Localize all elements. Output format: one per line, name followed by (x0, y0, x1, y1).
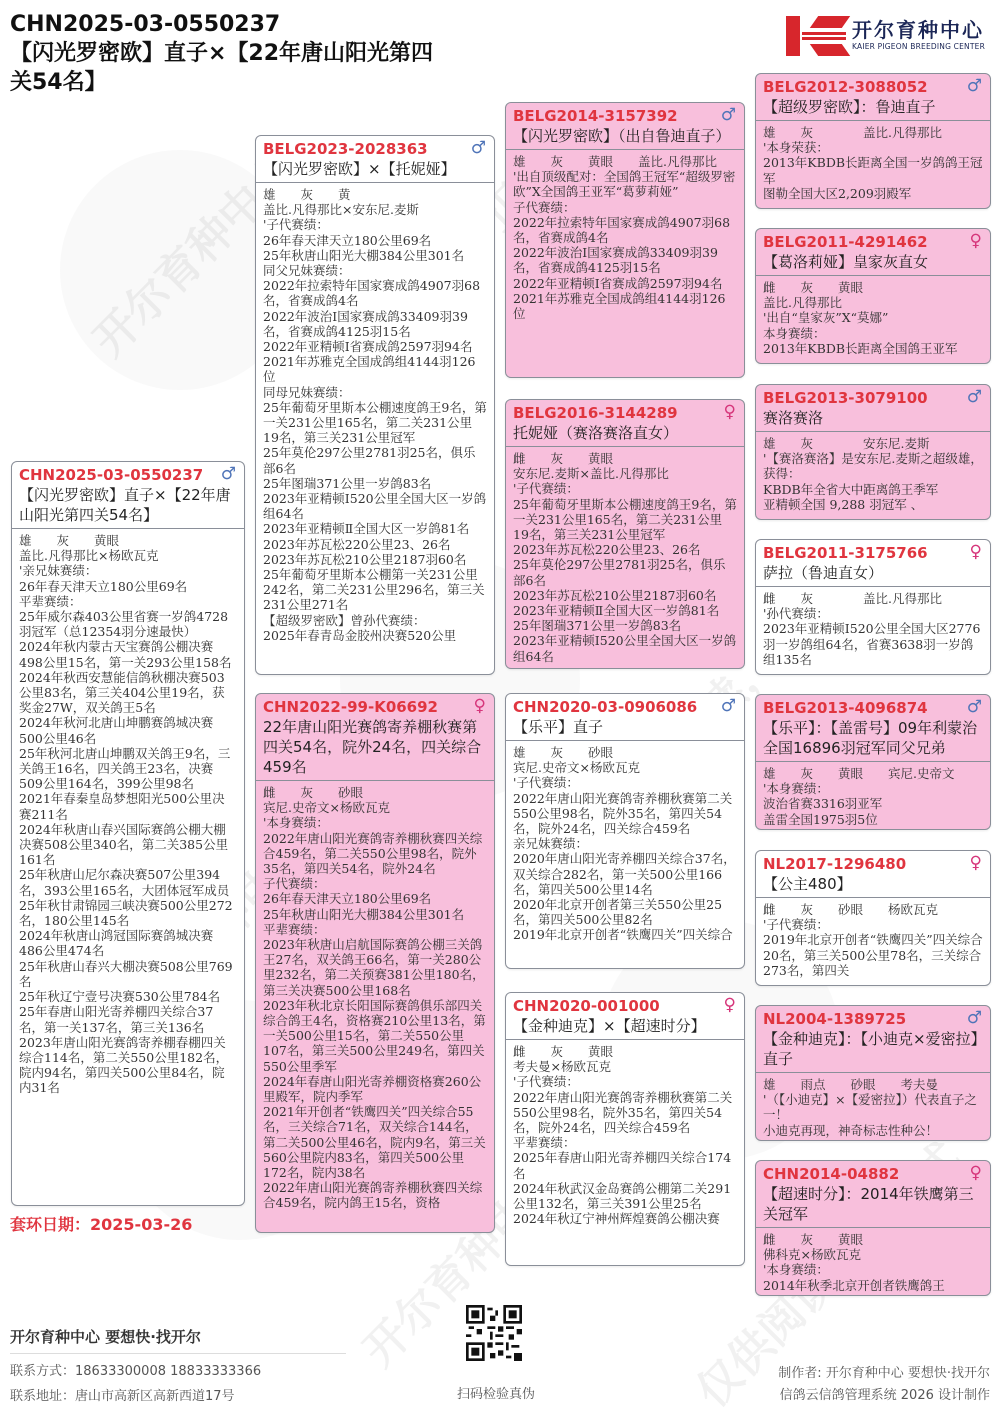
pedigree-card-subject[interactable]: CHN2025-03-0550237 ♂ 【闪光罗密欧】直子×【22年唐山阳光第… (11, 461, 245, 1206)
ring-number: BELG2013-3079100 (763, 388, 983, 408)
card-details: 雄 灰 黄眼 盖比.凡得那比 '出自顶级配对：全国鸽王冠军“超级罗密欧”X全国鸽… (506, 150, 744, 325)
detail-line: 2023年亚精顿Ⅰ520公里全国大区一岁鸽组64名 (513, 633, 737, 663)
ring-number: BELG2016-3144289 (513, 403, 737, 423)
ring-number: CHN2020-001000 (513, 996, 737, 1016)
detail-line: '本身赛绩： (263, 815, 487, 830)
detail-line: 2023年苏瓦松220公里23、26名 (513, 542, 737, 557)
pigeon-name: 【公主480】 (763, 874, 983, 894)
detail-line: 同父兄妹赛绩： (263, 263, 487, 278)
pedigree-card-sds[interactable]: BELG2013-3079100 ♂ 赛洛赛洛 雄 灰 安东尼.麦斯 '【赛洛赛… (755, 384, 991, 520)
card-details: 雌 灰 黄眼 考夫曼×杨欧瓦克 '子代赛绩： 2022年唐山阳光赛鸽寄养棚秋赛第… (506, 1040, 744, 1230)
pigeon-name: 【葛洛莉娅】皇家灰直女 (763, 252, 983, 272)
detail-line: 2022年波治I国家赛成鸽33409羽39名，省赛成鸽4125羽15名 (263, 309, 487, 339)
detail-line: 2024年秋河北唐山坤鹏赛鸽城决赛500公里46名 (19, 715, 237, 745)
detail-line: 2022年拉索特年国家赛成鸽4907羽68名，省赛成鸽4名 (513, 215, 737, 245)
detail-line: 2022年唐山阳光赛鸽寄养棚秋赛四关综合459名，第二关550公里98名，院外3… (263, 831, 487, 877)
detail-line: 2022年唐山阳光赛鸽寄养棚秋赛第二关550公里98名，院外35名，第四关54名… (513, 1090, 737, 1136)
footer-slogan: 开尔育种中心 要想快·找开尔 (10, 1326, 346, 1354)
detail-line: 亚精顿全国 9,288 羽冠军 、 (763, 497, 983, 512)
detail-line: 2024年秋武汉金岛赛鸽公棚第二关291公里132名，第三关391公里25名 (513, 1181, 737, 1211)
female-icon: ♀ (970, 1163, 982, 1183)
detail-line: 2021年开创者“铁鹰四关”四关综合55名，三关综合71名，双关综合144名，第… (263, 1104, 487, 1180)
pedigree-card-ddd[interactable]: CHN2014-04882 ♀ 【超速时分】：2014年铁鹰第三关冠军 雌 灰 … (755, 1160, 991, 1296)
detail-line: '本身荣获： (763, 140, 983, 155)
detail-line: 2024年秋辽宁神州辉煌赛鸽公棚决赛 (513, 1211, 737, 1226)
detail-line: '（【小迪克】×【爱密拉】）代表直子之一！ (763, 1092, 983, 1122)
pedigree-card-sss[interactable]: BELG2012-3088052 ♂ 【超级罗密欧】：鲁迪直子 雄 灰 盖比.凡… (755, 73, 991, 209)
detail-line: 2023年亚精顿Ⅰ520公里全国大区一岁鸽组64名 (263, 491, 487, 521)
pedigree-card-sire-sire[interactable]: BELG2014-3157392 ♂ 【闪光罗密欧】（出自鲁迪直子） 雄 灰 黄… (505, 102, 745, 378)
card-details: 雌 灰 砂眼 宾尼.史帝文×杨欧瓦克 '本身赛绩： 2022年唐山阳光赛鸽寄养棚… (256, 781, 494, 1215)
detail-line: 25年秋唐山阳光大棚384公里301名 (263, 907, 487, 922)
detail-line: '子代赛绩： (763, 917, 983, 932)
detail-line: 26年春天津天立180公里69名 (263, 891, 487, 906)
pedigree-card-sire[interactable]: BELG2023-2028363 ♂ 【闪光罗密欧】×【托妮娅】 雄 灰 黄 盖… (255, 135, 495, 675)
detail-line: 25年秋辽宁壹号决赛530公里784名 (19, 989, 237, 1004)
detail-line: 盖比.凡得那比×安东尼.麦斯 (263, 202, 487, 217)
detail-line: '本身赛绩： (763, 781, 983, 796)
pigeon-name: 托妮娅（赛洛赛洛直女） (513, 423, 737, 443)
traits: 雌 灰 黄眼 (513, 451, 737, 466)
detail-line: 25年图瑞371公里一岁鸽83名 (513, 618, 737, 633)
detail-line: 2023年亚精顿Ⅱ全国大区一岁鸽81名 (263, 521, 487, 536)
detail-line: 2024年春唐山阳光寄养棚资格赛260公里殿军，院内季军 (263, 1074, 487, 1104)
ring-number: BELG2013-4096874 (763, 698, 983, 718)
detail-line: 25年葡萄牙里斯本公棚第一关231公里242名，第二关231公里296名，第三关… (263, 567, 487, 613)
detail-line: 25年葡萄牙里斯本公棚速度鸽王9名，第一关231公里165名，第二关231公里1… (263, 400, 487, 446)
detail-line: 2014年秋季北京开创者铁鹰鸽王 (763, 1278, 983, 1293)
detail-line: 2023年苏瓦松220公里23、26名 (263, 537, 487, 552)
contact-phone: 联系方式：18633300008 18833333366 (10, 1360, 350, 1379)
ring-number: CHN2025-03-0550237 (19, 465, 237, 485)
detail-line: 25年春唐山阳光寄养棚四关综合37名，第一关137名，第三关136名 (19, 1004, 237, 1034)
traits: 雌 灰 黄眼 (513, 1044, 737, 1059)
detail-line: 2021年苏雅克全国成鸽组4144羽126位 (513, 291, 737, 321)
detail-line: 2019年北京开创者“铁鹰四关”四关综合20名，第三关500公里78名，三关综合… (763, 932, 983, 978)
ring-date-value: 2025-03-26 (90, 1215, 192, 1234)
ring-number: NL2004-1389725 (763, 1009, 983, 1029)
detail-line: 2023年苏瓦松210公里2187羽60名 (263, 552, 487, 567)
detail-line: '亲兄妹赛绩： (19, 563, 237, 578)
detail-line: 2023年秋北京长阳国际赛鸽俱乐部四关综合鸽王4名，资格赛210公里13名，第一… (263, 998, 487, 1074)
card-details: 雄 灰 黄眼 宾尼.史帝文 '本身赛绩： 波治省赛3316羽亚军 盖雷全国197… (756, 762, 990, 830)
detail-line: 2025年春唐山阳光寄养棚四关综合174名 (513, 1150, 737, 1180)
detail-line: 2023年苏瓦松210公里2187羽60名 (513, 588, 737, 603)
pedigree-card-dam[interactable]: CHN2022-99-K06692 ♀ 22年唐山阳光赛鸽寄养棚秋赛第四关54名… (255, 693, 495, 1233)
detail-line: 2024年秋唐山春兴国际赛鸽公棚大棚决赛508公里340名，第二关385公里16… (19, 822, 237, 868)
detail-line: 2022年唐山阳光赛鸽寄养棚秋赛四关综合459名，院内鸽王15名，资格 (263, 1180, 487, 1210)
detail-line: 2022年亚精顿I省赛成鸽2597羽94名 (263, 339, 487, 354)
detail-line: 亲兄妹赛绩： (513, 836, 737, 851)
detail-line: 小迪克再现，神奇标志性种公！ (763, 1123, 983, 1138)
traits: 雌 灰 砂眼 (263, 785, 487, 800)
maker-credit: 制作者: 开尔育种中心 要想快·找开尔 (778, 1363, 990, 1385)
detail-line: 子代赛绩： (263, 876, 487, 891)
detail-line: 宾尼.史帝文×杨欧瓦克 (263, 800, 487, 815)
male-icon: ♂ (471, 138, 486, 158)
detail-line: 2022年波治I国家赛成鸽33409羽39名，省赛成鸽4125羽15名 (513, 245, 737, 275)
ring-number: CHN2022-99-K06692 (263, 697, 487, 717)
male-icon: ♂ (967, 1008, 982, 1028)
pedigree-card-dam-sire[interactable]: CHN2020-03-0906086 ♂ 【乐平】直子 雄 灰 砂眼 宾尼.史帝… (505, 693, 745, 969)
detail-line: KBDB年全省大中距离鸽王季军 (763, 482, 983, 497)
brand-name-en: KAIER PIGEON BREEDING CENTER (852, 41, 985, 53)
female-icon: ♀ (724, 995, 736, 1015)
card-details: 雌 灰 黄眼 盖比.凡得那比 '出自“皇家灰”X“莫娜” 本身赛绩： 2013年… (756, 276, 990, 360)
detail-line: 本身赛绩： (763, 326, 983, 341)
pigeon-name: 【超速时分】：2014年铁鹰第三关冠军 (763, 1184, 983, 1224)
ring-number: BELG2023-2028363 (263, 139, 487, 159)
ring-number: BELG2011-3175766 (763, 543, 983, 563)
kaier-logo-icon (786, 16, 846, 56)
detail-line: 佛科克×杨欧瓦克 (763, 1247, 983, 1262)
pigeon-name: 【闪光罗密欧】直子×【22年唐山阳光第四关54名】 (19, 485, 237, 525)
card-details: 雄 雨点 砂眼 考夫曼 '（【小迪克】×【爱密拉】）代表直子之一！ 小迪克再现，… (756, 1073, 990, 1141)
ring-number: CHN2020-03-0906086 (513, 697, 737, 717)
detail-line: 图勒全国大区2,209羽殿军 (763, 186, 983, 201)
card-details: 雄 灰 黄 盖比.凡得那比×安东尼.麦斯 '子代赛绩： 26年春天津天立180公… (256, 183, 494, 647)
detail-line: 2022年唐山阳光赛鸽寄养棚秋赛第二关550公里98名，院外35名，第四关54名… (513, 791, 737, 837)
detail-line: 同母兄妹赛绩： (263, 385, 487, 400)
pigeon-name: 【闪光罗密欧】（出自鲁迪直子） (513, 126, 737, 146)
ring-number: CHN2014-04882 (763, 1164, 983, 1184)
card-details: 雌 灰 黄眼 佛科克×杨欧瓦克 '本身赛绩： 2014年秋季北京开创者铁鹰鸽王 (756, 1228, 990, 1296)
detail-line: '子代赛绩： (513, 481, 737, 496)
ring-date: 套环日期：2025-03-26 (10, 1212, 192, 1235)
traits: 雄 灰 黄 (263, 187, 487, 202)
address-value: 唐山市高新区高新西道17号 (75, 1389, 235, 1404)
detail-line: 盖比.凡得那比×杨欧瓦克 (19, 548, 237, 563)
brand-name-cn: 开尔育种中心 (852, 19, 985, 41)
pedigree-card-sire-dam[interactable]: BELG2016-3144289 ♀ 托妮娅（赛洛赛洛直女） 雌 灰 黄眼 安东… (505, 399, 745, 669)
female-icon: ♀ (474, 696, 486, 716)
detail-line: 2024年秋西安慧能信鸽秋棚决赛503公里83名，第三关404公里19名，获奖金… (19, 670, 237, 716)
detail-line: 25年莫伦297公里2781羽25名，俱乐部6名 (513, 557, 737, 587)
detail-line: 2021年春秦皇岛梦想阳光500公里决赛211名 (19, 791, 237, 821)
detail-line: 25年秋甘肃锦园三峡决赛500公里272名，180公里145名 (19, 898, 237, 928)
detail-line: 26年春天津天立180公里69名 (19, 579, 237, 594)
detail-line: 2023年唐山阳光赛鸽寄养棚春棚四关综合114名，第二关550公里182名，院内… (19, 1035, 237, 1096)
detail-line: 25年威尔森403公里省赛一岁鸽4728羽冠军（总12354羽分速最快） (19, 609, 237, 639)
brand-logo: 开尔育种中心 KAIER PIGEON BREEDING CENTER (786, 14, 991, 58)
detail-line: 2023年亚精顿Ⅰ520公里全国大区2776羽一岁鸽组64名，省赛3638羽一岁… (763, 621, 983, 667)
detail-line: 2013年KBDB长距离全国一岁鸽鸽王冠军 (763, 155, 983, 185)
title-line: 【闪光罗密欧】直子×【22年唐山阳光第四 (10, 39, 500, 68)
detail-line: 2025年春青岛金胶州决赛520公里 (263, 628, 487, 643)
detail-line: 2013年KBDB长距离全国鸽王亚军 (763, 341, 983, 356)
detail-line: 25年秋唐山尼尔森决赛507公里394名，393公里165名，大团体冠军成员 (19, 867, 237, 897)
contact-value: 18633300008 18833333366 (75, 1364, 261, 1379)
document-title: CHN2025-03-0550237 【闪光罗密欧】直子×【22年唐山阳光第四 … (10, 10, 500, 97)
ring-number: BELG2011-4291462 (763, 232, 983, 252)
detail-line: 25年秋唐山春兴大棚决赛508公里769名 (19, 959, 237, 989)
address-label: 联系地址： (10, 1389, 75, 1404)
traits: 雌 灰 黄眼 (763, 280, 983, 295)
detail-line: 2022年拉索特年国家赛成鸽4907羽68名，省赛成鸽4名 (263, 278, 487, 308)
detail-line: 子代赛绩： (513, 200, 737, 215)
traits: 雄 灰 盖比.凡得那比 (763, 125, 983, 140)
detail-line: 2020年北京开创者第三关550公里25名，第四关500公里82名 (513, 897, 737, 927)
traits: 雄 灰 黄眼 (19, 533, 237, 548)
card-details: 雌 灰 砂眼 杨欧瓦克 '子代赛绩： 2019年北京开创者“铁鹰四关”四关综合2… (756, 898, 990, 982)
male-icon: ♂ (721, 105, 736, 125)
card-details: 雄 灰 砂眼 宾尼.史帝文×杨欧瓦克 '子代赛绩： 2022年唐山阳光赛鸽寄养棚… (506, 741, 744, 947)
pedigree-card-ssd[interactable]: BELG2011-4291462 ♀ 【葛洛莉娅】皇家灰直女 雌 灰 黄眼 盖比… (755, 228, 991, 364)
traits: 雄 灰 砂眼 (513, 745, 737, 760)
male-icon: ♂ (967, 76, 982, 96)
contact-label: 联系方式： (10, 1364, 75, 1379)
qr-code-icon[interactable] (466, 1305, 522, 1361)
detail-line: 26年春天津天立180公里69名 (263, 233, 487, 248)
detail-line: '【赛洛赛洛】是安东尼.麦斯之超级雄，获得： (763, 451, 983, 481)
pigeon-name: 22年唐山阳光赛鸽寄养棚秋赛第四关54名，院外24名，四关综合459名 (263, 717, 487, 777)
detail-line: 2023年亚精顿Ⅱ全国大区一岁鸽81名 (513, 603, 737, 618)
detail-line: '出自顶级配对：全国鸽王冠军“超级罗密欧”X全国鸽王亚军“葛萝莉娅” (513, 169, 737, 199)
male-icon: ♂ (221, 464, 236, 484)
detail-line: 平辈赛绩： (513, 1135, 737, 1150)
title-line: CHN2025-03-0550237 (10, 10, 500, 39)
detail-line: 【超级罗密欧】曾孙代赛绩： (263, 613, 487, 628)
detail-line: 宾尼.史帝文×杨欧瓦克 (513, 760, 737, 775)
detail-line: 25年葡萄牙里斯本公棚速度鸽王9名，第一关231公里165名，第二关231公里1… (513, 497, 737, 543)
pigeon-name: 【超级罗密欧】：鲁迪直子 (763, 97, 983, 117)
male-icon: ♂ (967, 387, 982, 407)
contact-address: 联系地址：唐山市高新区高新西道17号 (10, 1385, 350, 1404)
detail-line: 盖比.凡得那比 (763, 295, 983, 310)
female-icon: ♀ (970, 542, 982, 562)
detail-line: '本身赛绩： (763, 1262, 983, 1277)
traits: 雄 雨点 砂眼 考夫曼 (763, 1077, 983, 1092)
pigeon-name: 【乐平】直子 (513, 717, 737, 737)
card-details: 雌 灰 盖比.凡得那比 '孙代赛绩： 2023年亚精顿Ⅰ520公里全国大区277… (756, 587, 990, 671)
card-details: 雌 灰 黄眼 安东尼.麦斯×盖比.凡得那比 '子代赛绩： 25年葡萄牙里斯本公棚… (506, 447, 744, 668)
title-line: 关54名】 (10, 68, 500, 97)
ring-number: BELG2012-3088052 (763, 77, 983, 97)
detail-line: 2024年秋内蒙古天宝赛鸽公棚决赛498公里15名，第一关293公里158名 (19, 639, 237, 669)
pigeon-name: 【乐平】：【盖雷号】09年利蒙治全国16896羽冠军同父兄弟 (763, 718, 983, 758)
detail-line: 2020年唐山阳光寄养棚四关综合37名，双关综合282名，第一关500公里166… (513, 851, 737, 897)
female-icon: ♀ (970, 231, 982, 251)
traits: 雌 灰 砂眼 杨欧瓦克 (763, 902, 983, 917)
ring-number: NL2017-1296480 (763, 854, 983, 874)
traits: 雄 灰 黄眼 宾尼.史帝文 (763, 766, 983, 781)
detail-line: 安东尼.麦斯×盖比.凡得那比 (513, 466, 737, 481)
qr-label: 扫码检验真伪 (456, 1383, 536, 1402)
detail-line: '子代赛绩： (263, 217, 487, 232)
traits: 雄 灰 黄眼 盖比.凡得那比 (513, 154, 737, 169)
detail-line: 考夫曼×杨欧瓦克 (513, 1059, 737, 1074)
pigeon-name: 【金种迪克】：【小迪克×爱密拉】直子 (763, 1029, 983, 1069)
detail-line: '出自“皇家灰”X“莫娜” (763, 310, 983, 325)
pedigree-card-dsd[interactable]: NL2017-1296480 ♀ 【公主480】 雌 灰 砂眼 杨欧瓦克 '子代… (755, 850, 991, 986)
male-icon: ♂ (721, 696, 736, 716)
traits: 雌 灰 黄眼 (763, 1232, 983, 1247)
pigeon-name: 【闪光罗密欧】×【托妮娅】 (263, 159, 487, 179)
pedigree-card-sdd[interactable]: BELG2011-3175766 ♀ 萨拉（鲁迪直女） 雌 灰 盖比.凡得那比 … (755, 539, 991, 675)
card-details: 雄 灰 盖比.凡得那比 '本身荣获： 2013年KBDB长距离全国一岁鸽鸽王冠军… (756, 121, 990, 205)
card-details: 雄 灰 黄眼 盖比.凡得那比×杨欧瓦克 '亲兄妹赛绩： 26年春天津天立180公… (12, 529, 244, 1100)
detail-line: 2022年亚精顿I省赛成鸽2597羽94名 (513, 276, 737, 291)
detail-line: '子代赛绩： (513, 1074, 737, 1089)
footer-contact: 开尔育种中心 要想快·找开尔 联系方式：18633300008 18833333… (10, 1326, 350, 1404)
detail-line: 2024年秋唐山鸿冠国际赛鸽城决赛486公里474名 (19, 928, 237, 958)
female-icon: ♀ (724, 402, 736, 422)
detail-line: 25年秋唐山阳光大棚384公里301名 (263, 248, 487, 263)
detail-line: 2021年苏雅克全国成鸽组4144羽126位 (263, 354, 487, 384)
male-icon: ♂ (967, 697, 982, 717)
pedigree-card-dam-dam[interactable]: CHN2020-001000 ♀ 【金种迪克】×【超速时分】 雌 灰 黄眼 考夫… (505, 992, 745, 1266)
detail-line: 平辈赛绩： (19, 594, 237, 609)
detail-line: 25年图瑞371公里一岁鸽83名 (263, 476, 487, 491)
detail-line: 2019年北京开创者“铁鹰四关”四关综合 (513, 927, 737, 942)
ring-number: BELG2014-3157392 (513, 106, 737, 126)
pigeon-name: 【金种迪克】×【超速时分】 (513, 1016, 737, 1036)
detail-line: 盖雷全国1975羽5位 (763, 812, 983, 827)
card-details: 雄 灰 安东尼.麦斯 '【赛洛赛洛】是安东尼.麦斯之超级雄，获得： KBDB年全… (756, 432, 990, 516)
pedigree-card-dss[interactable]: BELG2013-4096874 ♂ 【乐平】：【盖雷号】09年利蒙治全国168… (755, 694, 991, 830)
female-icon: ♀ (970, 853, 982, 873)
detail-line: 25年秋河北唐山坤鹏双关鸽王9名，三关鸽王16名，四关鸽王23名，决赛509公里… (19, 746, 237, 792)
pedigree-card-dds[interactable]: NL2004-1389725 ♂ 【金种迪克】：【小迪克×爱密拉】直子 雄 雨点… (755, 1005, 991, 1141)
system-credit: 信鸽云信鸽管理系统 2026 设计制作 (778, 1385, 990, 1407)
pigeon-name: 赛洛赛洛 (763, 408, 983, 428)
detail-line: '孙代赛绩： (763, 606, 983, 621)
detail-line: 25年莫伦297公里2781羽25名，俱乐部6名 (263, 445, 487, 475)
ring-date-label: 套环日期： (10, 1215, 90, 1234)
detail-line: '子代赛绩： (513, 775, 737, 790)
pigeon-name: 萨拉（鲁迪直女） (763, 563, 983, 583)
detail-line: 波治省赛3316羽亚军 (763, 796, 983, 811)
footer-credits: 制作者: 开尔育种中心 要想快·找开尔 信鸽云信鸽管理系统 2026 设计制作 (778, 1363, 990, 1407)
traits: 雄 灰 安东尼.麦斯 (763, 436, 983, 451)
traits: 雌 灰 盖比.凡得那比 (763, 591, 983, 606)
detail-line: 平辈赛绩： (263, 922, 487, 937)
detail-line: 2023年秋唐山启航国际赛鸽公棚三关鸽王27名，双关鸽王66名，第一关280公里… (263, 937, 487, 998)
